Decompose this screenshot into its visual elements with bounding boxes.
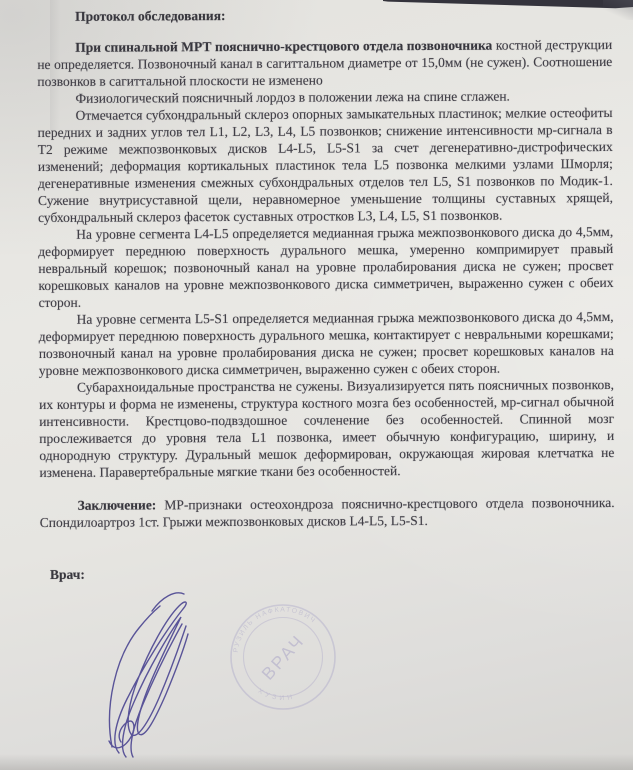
report-paragraph-l4-l5: На уровне сегмента L4-L5 определяется ме… <box>38 223 613 311</box>
stamp-center-text: ВРАЧ <box>257 630 308 684</box>
report-conclusion: Заключение: МР-признаки остеохондроза по… <box>40 494 615 531</box>
report-paragraph-subarachnoid: Субарахноидальные пространства не сужены… <box>39 376 615 481</box>
stamp-ring-text-bottom: ХУЗИН <box>257 688 297 702</box>
report-paragraph-text: Отмечается субхондральный склероз опорны… <box>38 105 613 225</box>
report-paragraph-degenerative: Отмечается субхондральный склероз опорны… <box>38 104 614 226</box>
report-bold-lead: При спинальной МРТ пояснично-крестцового… <box>75 38 492 55</box>
stamp-ring-text-top: РУЗИЛЬ НАФКАТОВИЧ <box>233 606 318 653</box>
report-paragraph-l5-s1: На уровне сегмента L5-S1 определяется ме… <box>39 308 614 379</box>
stamp-inner-ring <box>244 618 323 697</box>
doctor-signature <box>109 593 188 757</box>
report-paragraph-text: На уровне сегмента L5-S1 определяется ме… <box>39 309 614 378</box>
doctor-stamp: РУЗИЛЬ НАФКАТОВИЧ ХУЗИН ВРАЧ <box>231 605 335 709</box>
report-paragraph-text: Физиологический поясничный лордоз в поло… <box>75 89 510 106</box>
report-paragraph-text: Субарахноидальные пространства не сужены… <box>39 377 614 480</box>
scanned-document-photo: Протокол обследования: При спинальной МР… <box>0 0 633 770</box>
stamp-outer-ring <box>231 605 335 709</box>
report-paragraph-findings-intro: При спинальной МРТ пояснично-крестцового… <box>37 36 612 90</box>
doctor-label: Врач: <box>40 563 615 583</box>
report-title: Протокол обследования: <box>37 5 612 25</box>
conclusion-label: Заключение: <box>78 497 157 512</box>
report-paragraph-text: На уровне сегмента L4-L5 определяется ме… <box>38 224 613 310</box>
bottom-shadow <box>0 754 633 770</box>
report-text-block: Протокол обследования: При спинальной МР… <box>37 5 615 583</box>
